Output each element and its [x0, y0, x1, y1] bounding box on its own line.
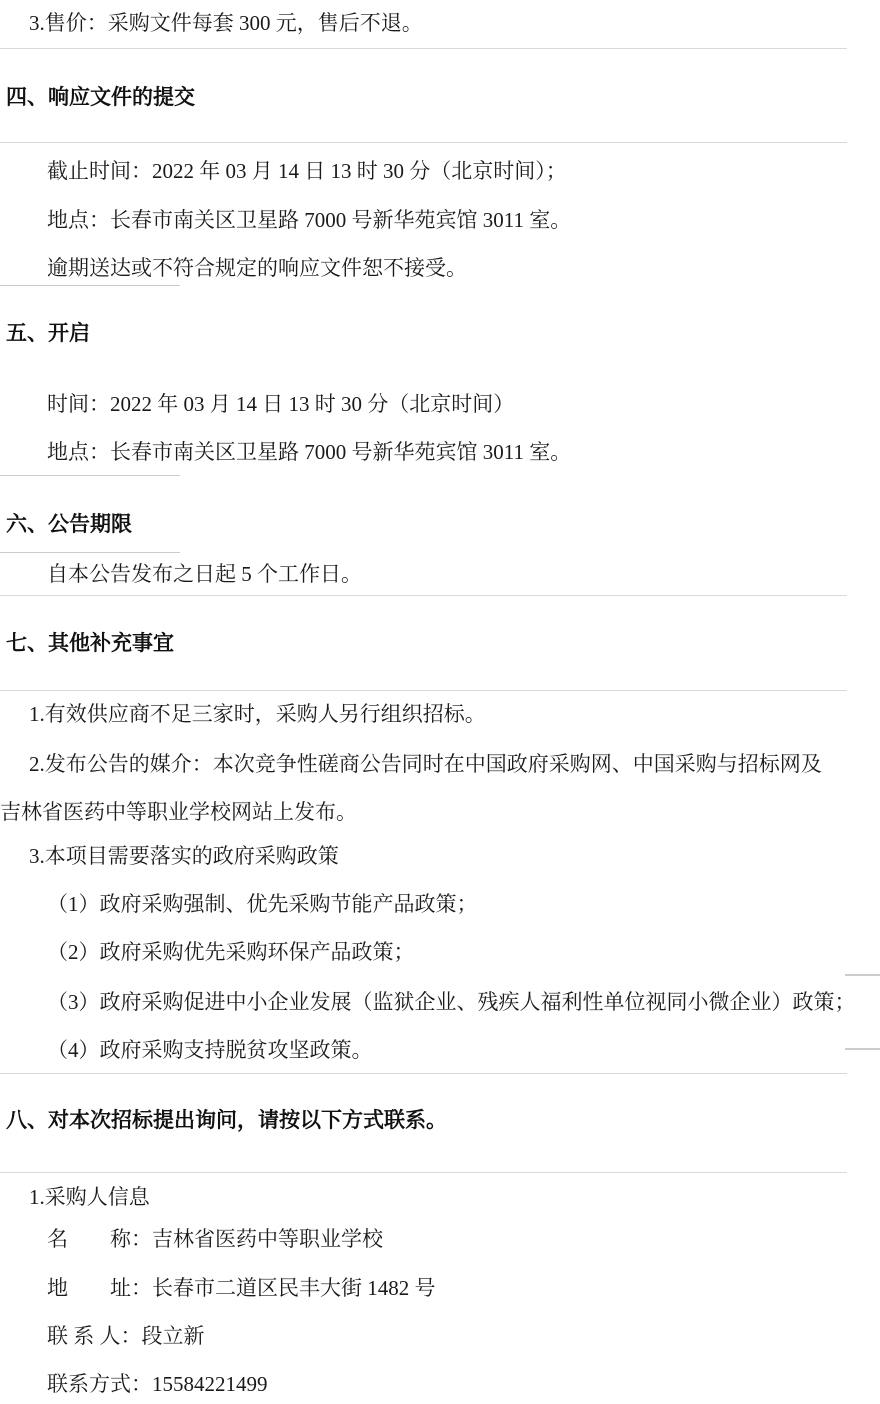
divider-short — [0, 285, 180, 286]
para-opening-location: 地点：长春市南关区卫星路 7000 号新华苑宾馆 3011 室。 — [47, 439, 571, 465]
divider-short — [0, 552, 180, 553]
para-policy-1: （1）政府采购强制、优先采购节能产品政策； — [47, 891, 478, 917]
para-opening-time: 时间：2022 年 03 月 14 日 13 时 30 分（北京时间） — [47, 391, 514, 417]
row-purchaser-name: 名 称：吉林省医药中等职业学校 — [47, 1226, 383, 1252]
divider — [0, 1172, 847, 1173]
divider — [0, 142, 847, 143]
section8-heading: 八、对本次招标提出询问，请按以下方式联系。 — [6, 1108, 447, 1134]
section7-heading: 七、其他补充事宜 — [6, 631, 174, 657]
para-submission-location: 地点：长春市南关区卫星路 7000 号新华苑宾馆 3011 室。 — [47, 207, 571, 233]
section4-heading: 四、响应文件的提交 — [6, 85, 195, 111]
para-other-item2-line2: 吉林省医药中等职业学校网站上发布。 — [0, 799, 357, 825]
para-submission-deadline: 截止时间：2022 年 03 月 14 日 13 时 30 分（北京时间）； — [47, 158, 567, 184]
para-late-submission-note: 逾期送达或不符合规定的响应文件恕不接受。 — [47, 255, 467, 281]
para-other-item3: 3.本项目需要落实的政府采购政策 — [29, 843, 339, 869]
divider — [0, 690, 847, 691]
prior-item-price-note: 3.售价：采购文件每套 300 元，售后不退。 — [29, 10, 423, 36]
para-policy-2: （2）政府采购优先采购环保产品政策； — [47, 939, 415, 965]
divider — [0, 595, 847, 596]
para-purchaser-info-title: 1.采购人信息 — [29, 1184, 150, 1210]
right-edge-line-2 — [845, 1048, 880, 1050]
para-policy-4: （4）政府采购支持脱贫攻坚政策。 — [47, 1037, 373, 1063]
section5-heading: 五、开启 — [6, 321, 90, 347]
row-contact-person: 联 系 人：段立新 — [47, 1323, 205, 1349]
divider-short — [0, 475, 180, 476]
para-policy-3: （3）政府采购促进中小企业发展（监狱企业、残疾人福利性单位视同小微企业）政策； — [47, 989, 856, 1015]
row-purchaser-address: 地 址：长春市二道区民丰大街 1482 号 — [47, 1275, 436, 1301]
section6-heading: 六、公告期限 — [6, 512, 132, 538]
para-notice-period: 自本公告发布之日起 5 个工作日。 — [47, 561, 362, 587]
para-other-item2-line1: 2.发布公告的媒介：本次竞争性磋商公告同时在中国政府采购网、中国采购与招标网及 — [29, 751, 822, 777]
para-other-item1: 1.有效供应商不足三家时，采购人另行组织招标。 — [29, 701, 486, 727]
row-contact-phone: 联系方式：15584221499 — [47, 1371, 268, 1397]
divider — [0, 1073, 847, 1074]
right-edge-line-1 — [845, 974, 880, 976]
procurement-announcement-document: 3.售价：采购文件每套 300 元，售后不退。 四、响应文件的提交 截止时间：2… — [0, 0, 880, 1404]
divider — [0, 48, 847, 49]
